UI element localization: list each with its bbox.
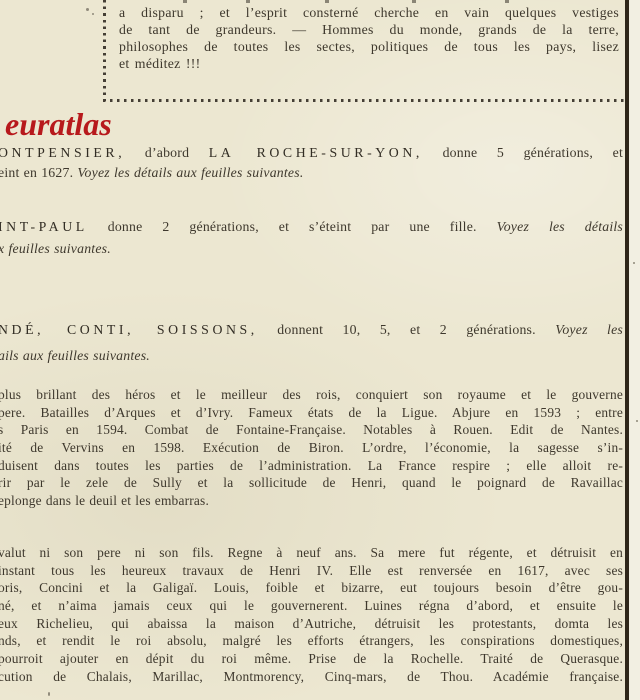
text-line: oris, Concini et la Galigaï. Louis, foib…	[0, 580, 623, 598]
italic-run: ails aux feuilles suivantes.	[0, 348, 150, 363]
ink-speck	[636, 420, 638, 422]
italic-run: x feuilles suivantes.	[0, 241, 111, 256]
paragraph-saint-paul: INT-PAUL donne 2 générations, et s’étein…	[0, 219, 623, 263]
euratlas-watermark: euratlas	[5, 106, 112, 143]
ink-speck	[633, 262, 635, 264]
text-line: eint en 1627. Voyez les détails aux feui…	[0, 165, 623, 185]
text-line: INT-PAUL donne 2 générations, et s’étein…	[0, 219, 623, 241]
text-line: pere. Batailles d’Arques et d’Ivry. Fame…	[0, 405, 623, 423]
page-edge-rule	[625, 0, 629, 700]
paragraph-conde-conti-soissons: NDÉ, CONTI, SOISSONS, donnent 10, 5, et …	[0, 322, 623, 374]
small-caps-name: LA ROCHE-SUR-YON,	[209, 145, 423, 160]
ink-speck	[86, 8, 89, 11]
small-caps-name: INT-PAUL	[0, 219, 88, 234]
paragraph-henri-iv: plus brillant des héros et le meilleur d…	[0, 387, 623, 511]
text-run: donne 5 générations, et	[443, 145, 623, 160]
ink-speck	[48, 692, 50, 696]
text-line: duisent dans toutes les parties de l’adm…	[0, 458, 623, 476]
dotted-border-bottom	[103, 99, 627, 102]
text-line: instant tous les heureux travaux de Henr…	[0, 563, 623, 581]
text-line: nds, et rendit le roi absolu, malgré les…	[0, 633, 623, 651]
text-line: valut ni son pere ni son fils. Regne à n…	[0, 545, 623, 563]
paragraph-montpensier: ONTPENSIER, d’abord LA ROCHE-SUR-YON, do…	[0, 145, 623, 185]
italic-run: Voyez les détails	[497, 219, 623, 234]
text-line: eux Richelieu, qui abaissa la maison d’A…	[0, 616, 623, 634]
small-caps-name: NDÉ, CONTI, SOISSONS,	[0, 322, 258, 337]
text-line: de tant de grandeurs. — Hommes du monde,…	[119, 22, 619, 39]
cut-text-fragment	[246, 0, 250, 3]
boxed-note: a disparu ; et l’esprit consterné cherch…	[119, 5, 619, 73]
cut-text-fragment	[325, 0, 329, 3]
text-line: a disparu ; et l’esprit consterné cherch…	[119, 5, 619, 22]
paragraph-louis-xiii: valut ni son pere ni son fils. Regne à n…	[0, 545, 623, 687]
text-line: ails aux feuilles suivantes.	[0, 348, 623, 374]
text-line: ité de Vervins en 1598. Exécution de Bir…	[0, 440, 623, 458]
italic-run: Voyez les détails aux feuilles suivantes…	[77, 165, 303, 180]
cut-text-fragment	[505, 0, 509, 3]
text-line: philosophes de toutes les sectes, politi…	[119, 39, 619, 56]
italic-run: Voyez les	[555, 322, 623, 337]
text-line: s Paris en 1594. Combat de Fontaine-Fran…	[0, 422, 623, 440]
text-run: donnent 10, 5, et 2 générations.	[277, 322, 536, 337]
text-line: NDÉ, CONTI, SOISSONS, donnent 10, 5, et …	[0, 322, 623, 348]
ink-speck	[92, 13, 94, 15]
text-line: x feuilles suivantes.	[0, 241, 623, 263]
text-run: donne 2 générations, et s’éteint par une…	[108, 219, 477, 234]
text-line: cution de Chalais, Marillac, Montmorency…	[0, 669, 623, 687]
text-line: né, et n’aima jamais ceux qui le gouvern…	[0, 598, 623, 616]
cut-text-fragment	[412, 0, 416, 3]
text-run: eint en 1627.	[0, 165, 73, 180]
scanned-document-page: a disparu ; et l’esprit consterné cherch…	[0, 0, 640, 700]
text-line: et méditez !!!	[119, 56, 619, 73]
small-caps-name: ONTPENSIER,	[0, 145, 125, 160]
dotted-border-left	[103, 0, 106, 101]
text-line: ONTPENSIER, d’abord LA ROCHE-SUR-YON, do…	[0, 145, 623, 165]
text-line: eplonge dans le deuil et les embarras.	[0, 493, 623, 511]
cut-text-fragment	[183, 0, 187, 3]
text-line: plus brillant des héros et le meilleur d…	[0, 387, 623, 405]
page-outer-margin	[629, 0, 640, 700]
text-line: pourroit ajouter en dépit du roi même. P…	[0, 651, 623, 669]
text-line: rir par le zele de Sully et la sollicitu…	[0, 475, 623, 493]
text-run: d’abord	[145, 145, 189, 160]
